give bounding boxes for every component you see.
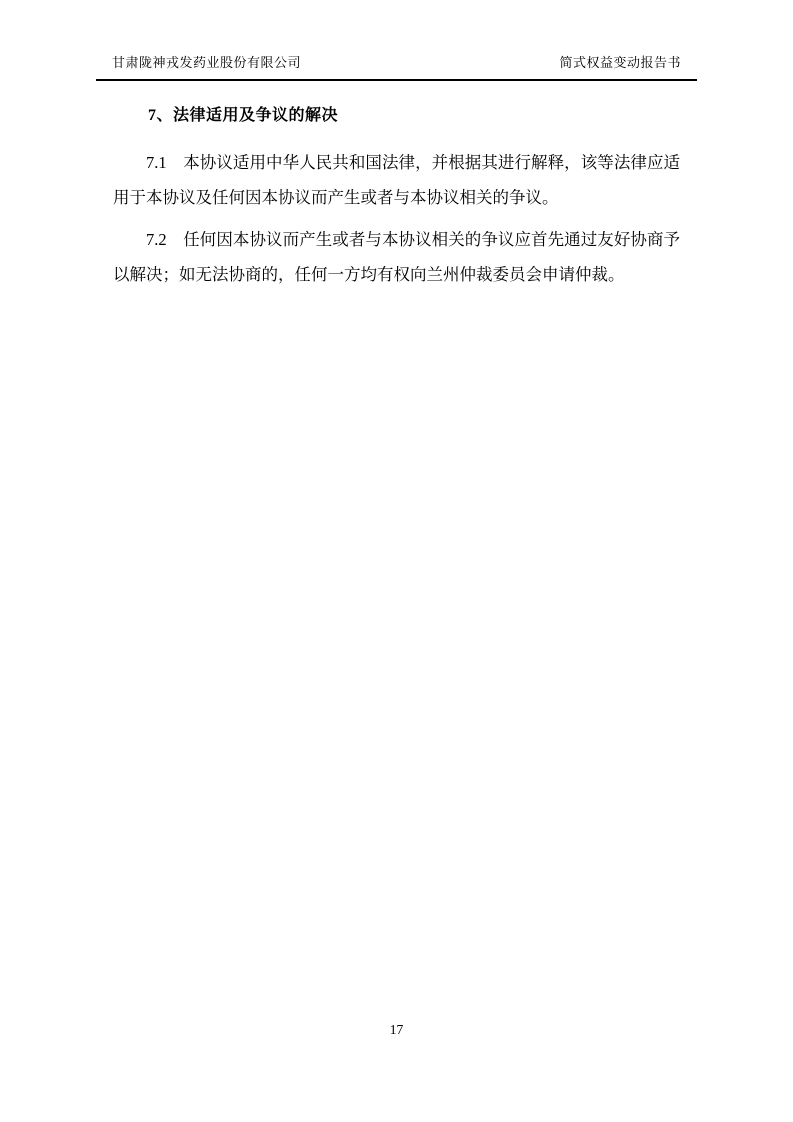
page-number: 17: [0, 1022, 793, 1038]
page-header: 甘肃陇神戎发药业股份有限公司 简式权益变动报告书: [96, 55, 697, 81]
header-company-name: 甘肃陇神戎发药业股份有限公司: [112, 55, 301, 71]
paragraph-7-2: 7.2 任何因本协议而产生或者与本协议相关的争议应首先通过友好协商予以解决；如无…: [113, 222, 680, 292]
paragraph-7-1: 7.1 本协议适用中华人民共和国法律，并根据其进行解释，该等法律应适用于本协议及…: [113, 145, 680, 215]
section-heading: 7、法律适用及争议的解决: [148, 107, 680, 124]
document-page: 甘肃陇神戎发药业股份有限公司 简式权益变动报告书 7、法律适用及争议的解决 7.…: [0, 0, 793, 1122]
header-report-title: 简式权益变动报告书: [559, 55, 681, 71]
document-body: 7、法律适用及争议的解决 7.1 本协议适用中华人民共和国法律，并根据其进行解释…: [96, 107, 697, 292]
